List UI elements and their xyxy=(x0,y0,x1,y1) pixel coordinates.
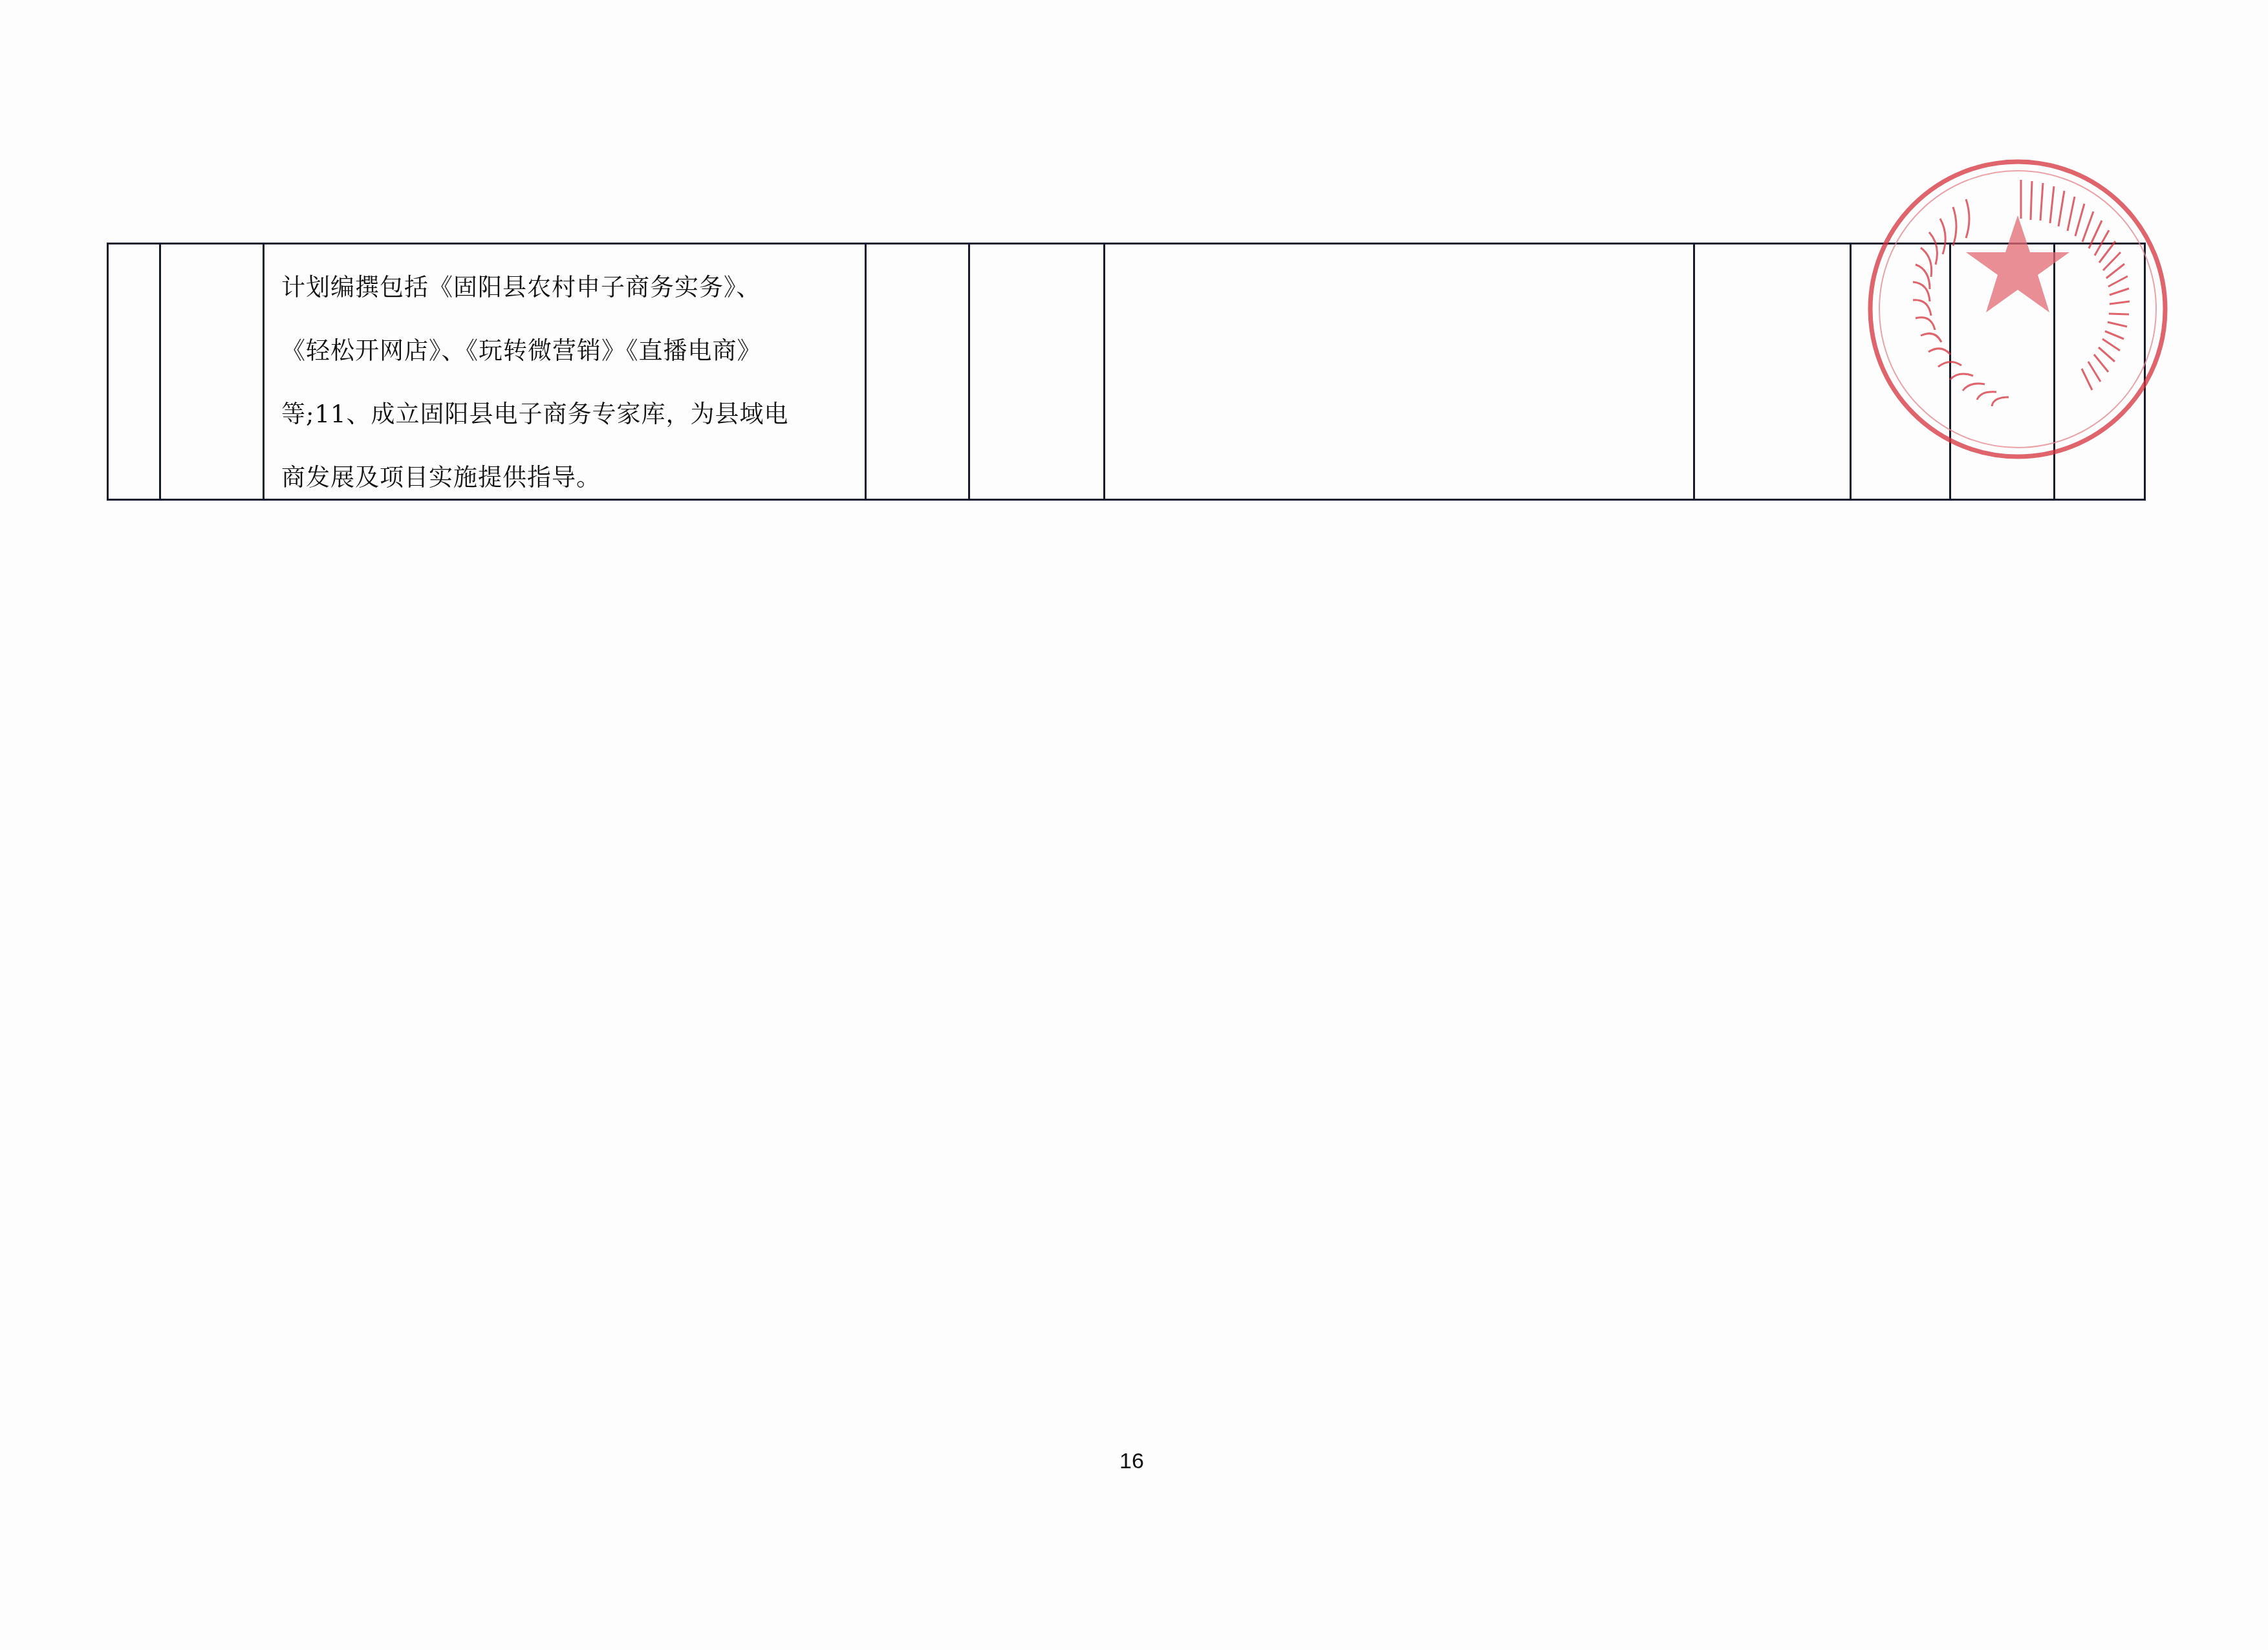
official-seal-icon xyxy=(1863,154,2173,464)
content-line-3: 等;11、成立固阳县电子商务专家库，为县域电 xyxy=(281,400,789,428)
content-line-2: 《轻松开网店》、《玩转微营销》《直播电商》 xyxy=(281,337,762,365)
table-cell-6 xyxy=(1103,244,1693,499)
table-cell-5 xyxy=(968,244,1103,499)
content-text: 计划编撰包括《固阳县农村申子商务实务》、 《轻松开网店》、《玩转微营销》《直播电… xyxy=(281,244,854,499)
content-line-1: 计划编撰包括《固阳县农村申子商务实务》、 xyxy=(281,274,761,301)
table-cell-4 xyxy=(865,244,968,499)
table-cell-index xyxy=(107,244,159,499)
table-cell-category xyxy=(159,244,263,499)
content-line-4: 商发展及项目实施提供指导。 xyxy=(281,464,601,492)
table-cell-content: 计划编撰包括《固阳县农村申子商务实务》、 《轻松开网店》、《玩转微营销》《直播电… xyxy=(263,244,865,499)
document-page: 计划编撰包括《固阳县农村申子商务实务》、 《轻松开网店》、《玩转微营销》《直播电… xyxy=(0,0,2268,1650)
project-table: 计划编撰包括《固阳县农村申子商务实务》、 《轻松开网店》、《玩转微营销》《直播电… xyxy=(107,243,2146,501)
page-number: 16 xyxy=(1099,1449,1164,1474)
table-cell-7 xyxy=(1693,244,1850,499)
